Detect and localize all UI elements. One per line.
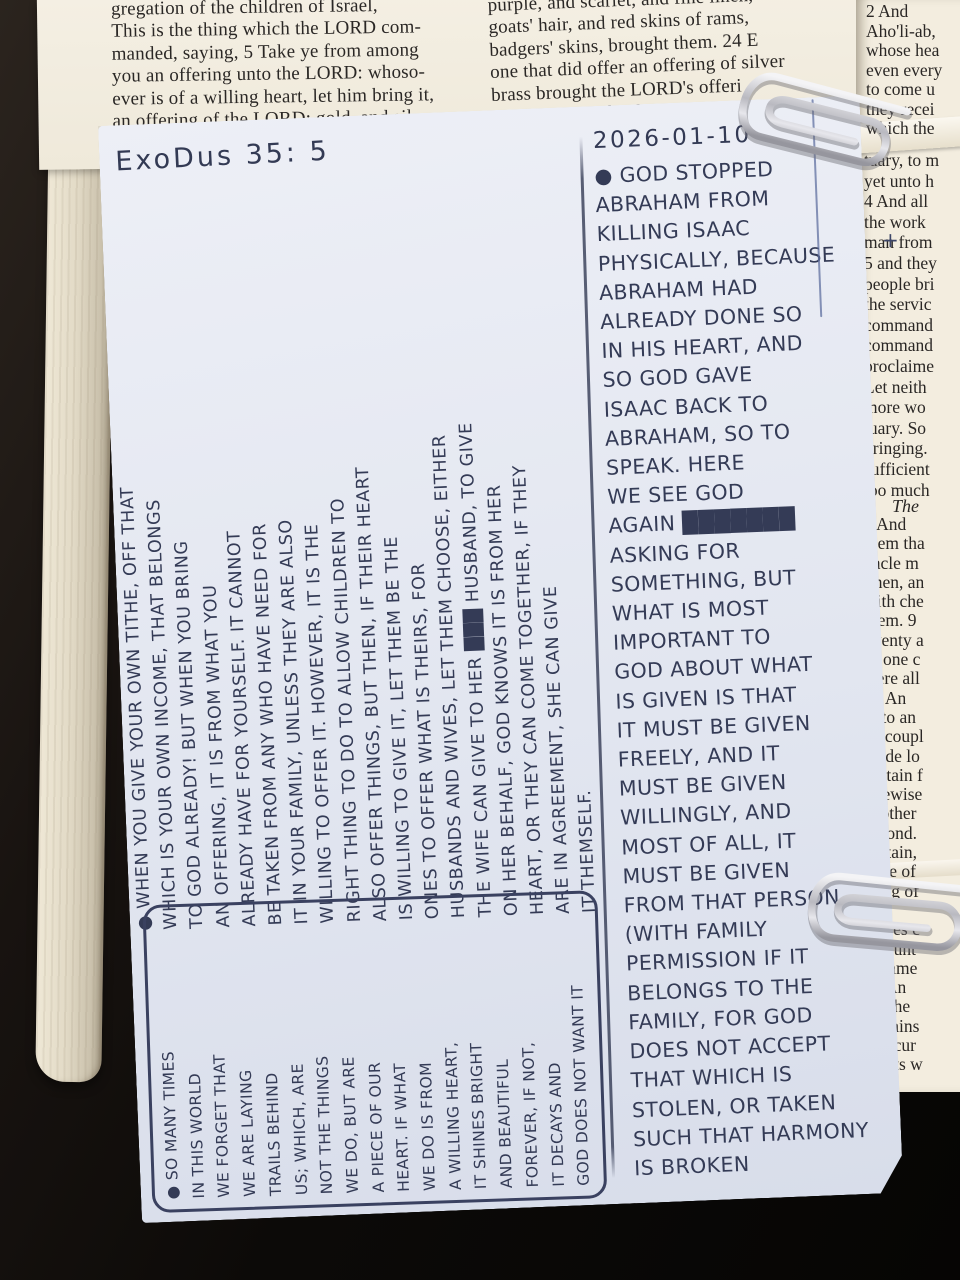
- printed-line: the servic: [864, 294, 939, 315]
- printed-line: Let neith: [864, 377, 939, 398]
- handwritten-note-card: ExoDus 35: 5 ● WHEN YOU GIVE YOUR OWN TI…: [98, 95, 903, 1223]
- printed-line: sufficient: [864, 459, 939, 480]
- margin-ink-mark: +: [882, 228, 899, 252]
- vertical-note-text: ● WHEN YOU GIVE YOUR OWN TITHE, OFF THAT…: [102, 153, 604, 931]
- note-right-lines: ● GOD STOPPEDABRAHAM FROMKILLING ISAACPH…: [594, 152, 899, 1184]
- printed-line: proclaime: [864, 356, 939, 377]
- printed-line: whose hea: [866, 41, 942, 61]
- printed-line: command: [864, 315, 939, 336]
- printed-line: tuary. So: [864, 418, 939, 439]
- printed-line: the work: [864, 212, 939, 233]
- printed-line: man from: [864, 232, 939, 253]
- printed-line: command: [864, 335, 939, 356]
- printed-line: people bri: [864, 274, 939, 295]
- printed-line: 2 And: [866, 2, 942, 22]
- note-right-column: 2026-01-10 ● GOD STOPPEDABRAHAM FROMKILL…: [592, 118, 898, 1184]
- book-page-edge: [35, 118, 114, 1083]
- boxed-note-section: ● SO MANY TIMESIN THIS WORLDWE FORGET TH…: [142, 890, 607, 1213]
- boxed-vertical-text: ● SO MANY TIMESIN THIS WORLDWE FORGET TH…: [152, 897, 598, 1199]
- printed-line: bringing.: [864, 438, 939, 459]
- printed-line: 5 and they: [864, 253, 939, 274]
- paperclip-icon: [771, 841, 960, 988]
- printed-line: more wo: [864, 397, 939, 418]
- printed-line: Aho'li-ab,: [866, 22, 942, 42]
- photo-of-bible-with-note-card: gregation of the children of Israel,This…: [0, 0, 960, 1280]
